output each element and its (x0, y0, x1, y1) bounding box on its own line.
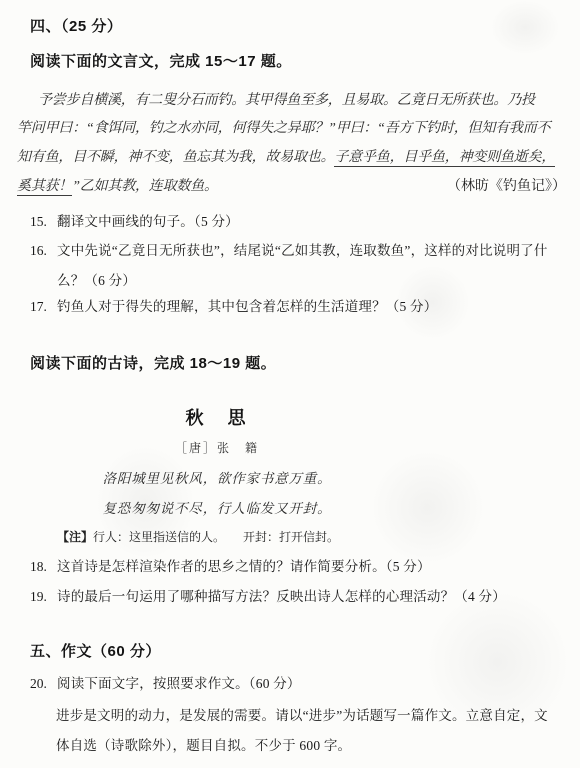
question-number: 20. (30, 669, 57, 699)
exam-page: 四、（25 分） 阅读下面的文言文，完成 15～17 题。 予尝步自横溪，有二叟… (0, 0, 580, 768)
question-text: 这首诗是怎样渲染作者的思乡之情的？请作简要分析。（5 分） (57, 552, 563, 582)
question-text: 诗的最后一句运用了哪种描写方法？反映出诗人怎样的心理活动？（4 分） (57, 582, 563, 612)
question-18: 18. 这首诗是怎样渲染作者的思乡之情的？请作简要分析。（5 分） (30, 552, 563, 582)
passage-line-3: 知有鱼，目不瞬，神不变，鱼忘其为我，故易取也。子意乎鱼，目乎鱼，神变则鱼逝矣， (17, 148, 574, 168)
section-five-heading: 五、作文（60 分） (30, 642, 161, 662)
note-text: 行人：这里指送信的人。 开封：打开信封。 (93, 530, 339, 544)
poem-author: ［唐］张 籍 (0, 439, 434, 456)
passage-line-4: 奚其获！”乙如其教，连取数鱼。（林昉《钓鱼记》） (17, 177, 574, 197)
passage-text: ”乙如其教，连取数鱼。 (72, 179, 218, 194)
essay-prompt: 进步是文明的动力，是发展的需要。请以“进步”为话题写一篇作文。立意自定，文体自选… (56, 701, 560, 761)
question-text: 文中先说“乙竟日无所获也”，结尾说“乙如其教，连取数鱼”，这样的对比说明了什么？… (57, 236, 563, 296)
poem-line-1: 洛阳城里见秋风，欲作家书意万重。 (0, 467, 434, 487)
question-16: 16. 文中先说“乙竟日无所获也”，结尾说“乙如其教，连取数鱼”，这样的对比说明… (30, 236, 563, 296)
question-17: 17. 钓鱼人对于得失的理解，其中包含着怎样的生活道理？（5 分） (30, 292, 563, 322)
section-four-heading: 四、（25 分） (30, 17, 122, 37)
question-number: 19. (30, 582, 57, 612)
underlined-sentence: 子意乎鱼，目乎鱼，神变则鱼逝矣， (334, 150, 555, 167)
passage-attribution: （林昉《钓鱼记》） (447, 177, 566, 197)
scan-artifact (490, 0, 560, 55)
question-20: 20. 阅读下面文字，按照要求作文。（60 分） (30, 669, 563, 699)
note-label: 【注】 (57, 530, 93, 544)
passage-text: 知有鱼，目不瞬，神不变，鱼忘其为我，故易取也。 (17, 150, 334, 165)
poem-title: 秋 思 (0, 404, 434, 430)
question-text: 阅读下面文字，按照要求作文。（60 分） (57, 669, 563, 699)
poem-instruction: 阅读下面的古诗，完成 18～19 题。 (30, 354, 276, 374)
question-text: 翻译文中画线的句子。（5 分） (57, 207, 563, 237)
question-19: 19. 诗的最后一句运用了哪种描写方法？反映出诗人怎样的心理活动？（4 分） (30, 582, 563, 612)
question-number: 18. (30, 552, 57, 582)
passage-line-2: 竿问甲曰：“食饵同，钓之水亦同，何得失之异耶？”甲曰：“吾方下钓时，但知有我而不 (17, 119, 574, 139)
passage-instruction: 阅读下面的文言文，完成 15～17 题。 (30, 52, 292, 72)
passage-line-1: 予尝步自横溪，有二叟分石而钓。其甲得鱼至多，且易取。乙竟日无所获也。乃投 (17, 91, 580, 111)
question-15: 15. 翻译文中画线的句子。（5 分） (30, 207, 563, 237)
question-text: 钓鱼人对于得失的理解，其中包含着怎样的生活道理？（5 分） (57, 292, 563, 322)
poem-note: 【注】行人：这里指送信的人。 开封：打开信封。 (57, 529, 339, 545)
poem-line-2: 复恐匆匆说不尽，行人临发又开封。 (0, 497, 434, 517)
underlined-sentence: 奚其获！ (17, 179, 72, 196)
question-number: 17. (30, 292, 57, 322)
question-number: 16. (30, 236, 57, 296)
question-number: 15. (30, 207, 57, 237)
